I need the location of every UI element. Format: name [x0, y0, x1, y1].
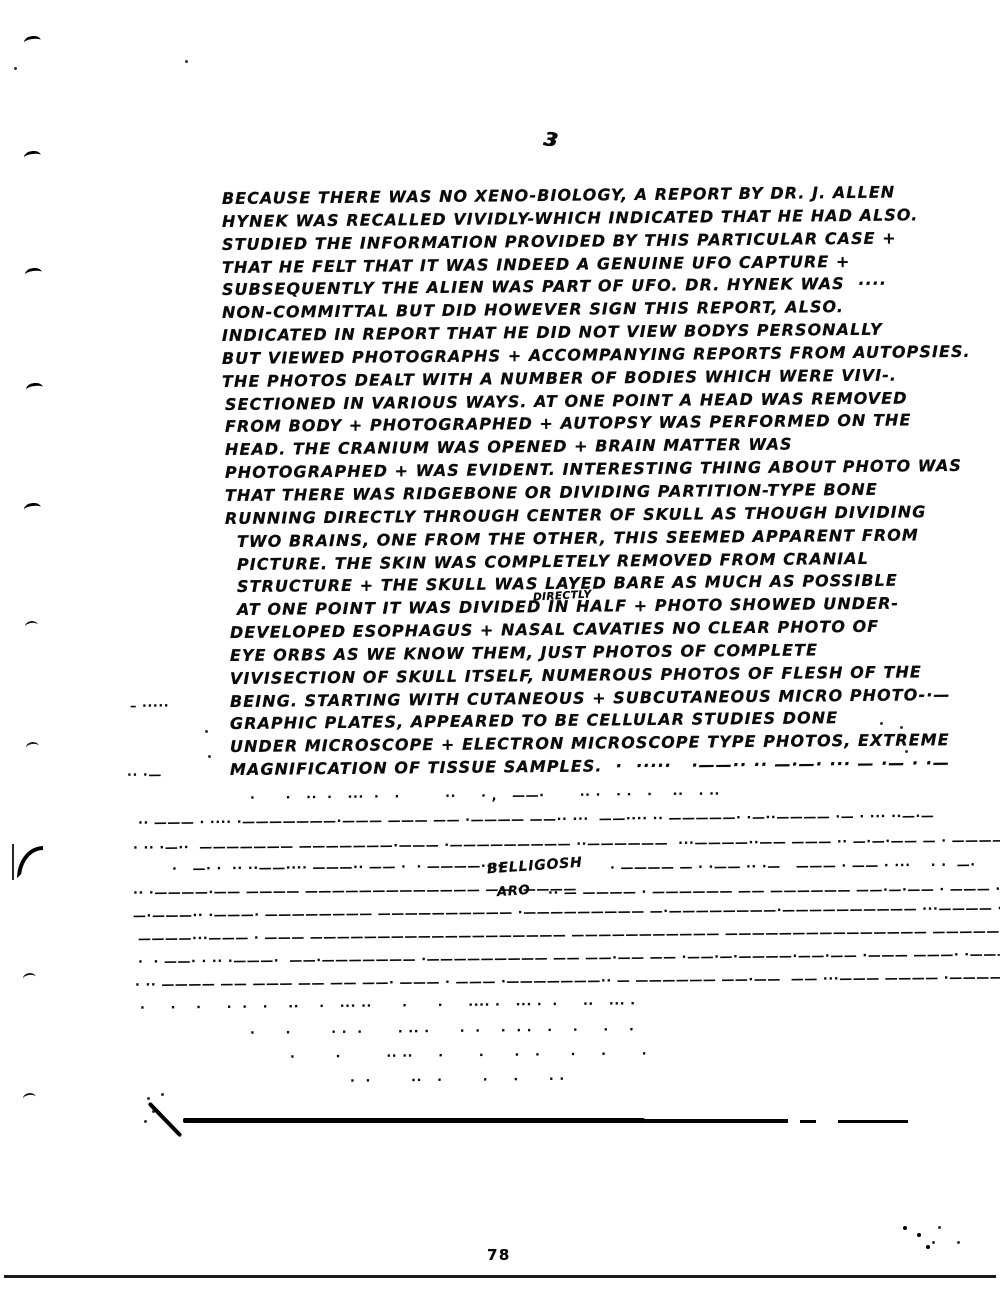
redacted-line: · · ·· · · · · · [350, 1072, 565, 1089]
margin-tick [23, 150, 41, 163]
margin-tick [22, 972, 36, 984]
speckle [903, 1226, 907, 1230]
strike-line [183, 1118, 645, 1123]
speckle [161, 1093, 164, 1096]
page-number-bottom: 78 [487, 1246, 511, 1264]
redacted-line: · · ——· · ·· ·———· ——·——————— ·—————————… [138, 947, 1000, 970]
margin-tick [22, 1092, 36, 1104]
binder-hook-mark [17, 846, 43, 878]
speckle [926, 1245, 930, 1249]
redacted-line: · —· · ·· ··——···· ———·· —— · · ————···· [172, 859, 503, 877]
redacted-line: —·———·· ·———· ———————— —————————— ·—————… [133, 900, 1000, 924]
redacted-line: ·· — ———— · —————— —— —————— ——·—·—— · —… [548, 882, 1000, 901]
strike-line-dash [838, 1120, 908, 1123]
speckle [917, 1233, 921, 1237]
redacted-line: · · ·· ·· · · · · · · · [290, 1047, 647, 1065]
lead-marks: – ····· [130, 699, 169, 714]
redacted-line: · · · · · · ·· · · · · · · · · · · [250, 1023, 634, 1041]
speckle [152, 1110, 155, 1113]
faint-handwritten-word: BELLIGOSH [487, 855, 584, 878]
speckle [900, 726, 903, 729]
speckle [14, 67, 17, 70]
redacted-line: · ·· ·—·· ——————— ———————·——— ·—————————… [133, 833, 1000, 856]
speckle [932, 1241, 935, 1244]
redacted-line: · ·· ———— —— ——— —— —— ——· ——— · ——— ·——… [135, 969, 1000, 993]
bottom-rule [4, 1275, 996, 1278]
page-number-top: 3 [543, 128, 559, 152]
strike-line-lead [148, 1102, 183, 1138]
redacted-line: ————···——— · ——— ——————————————————— ———… [138, 922, 1000, 947]
strike-line [642, 1119, 788, 1123]
speckle [880, 722, 883, 725]
speckle [938, 1226, 941, 1229]
margin-tick [23, 502, 41, 515]
redacted-line: ·· ——— · ···· ·———————·——— ——— —— ·———— … [138, 809, 935, 831]
margin-tick [24, 267, 42, 280]
handwritten-text-block: BECAUSE THERE WAS NO XENO-BIOLOGY, A REP… [222, 189, 942, 783]
margin-tick [25, 741, 39, 753]
redacted-line: · ———— — · ·—— ·· ·— ——— · —— · ··· · · … [610, 858, 976, 876]
scanned-document-page: 3 BECAUSE THERE WAS NO XENO-BIOLOGY, A R… [0, 0, 1000, 1292]
strike-line-dash [800, 1120, 816, 1123]
margin-tick [23, 35, 41, 48]
speckle [147, 1097, 150, 1100]
speckle [957, 1241, 960, 1244]
binder-bar-mark [12, 844, 14, 880]
redacted-line: · · · · · · ·· · ··· ·· · · ···· · ··· ·… [140, 997, 636, 1016]
speckle [905, 750, 908, 753]
speckle [205, 730, 208, 733]
redacted-line: · · ·· · ··· · · ·· · , ——· ·· · · · · ·… [250, 787, 720, 806]
lead-marks: ·· ·— [127, 768, 162, 783]
faint-handwritten-word: ARO [497, 883, 531, 900]
margin-tick [24, 620, 38, 632]
margin-tick [25, 382, 43, 395]
speckle [144, 1120, 147, 1123]
speckle [208, 755, 211, 758]
speckle [185, 60, 188, 63]
